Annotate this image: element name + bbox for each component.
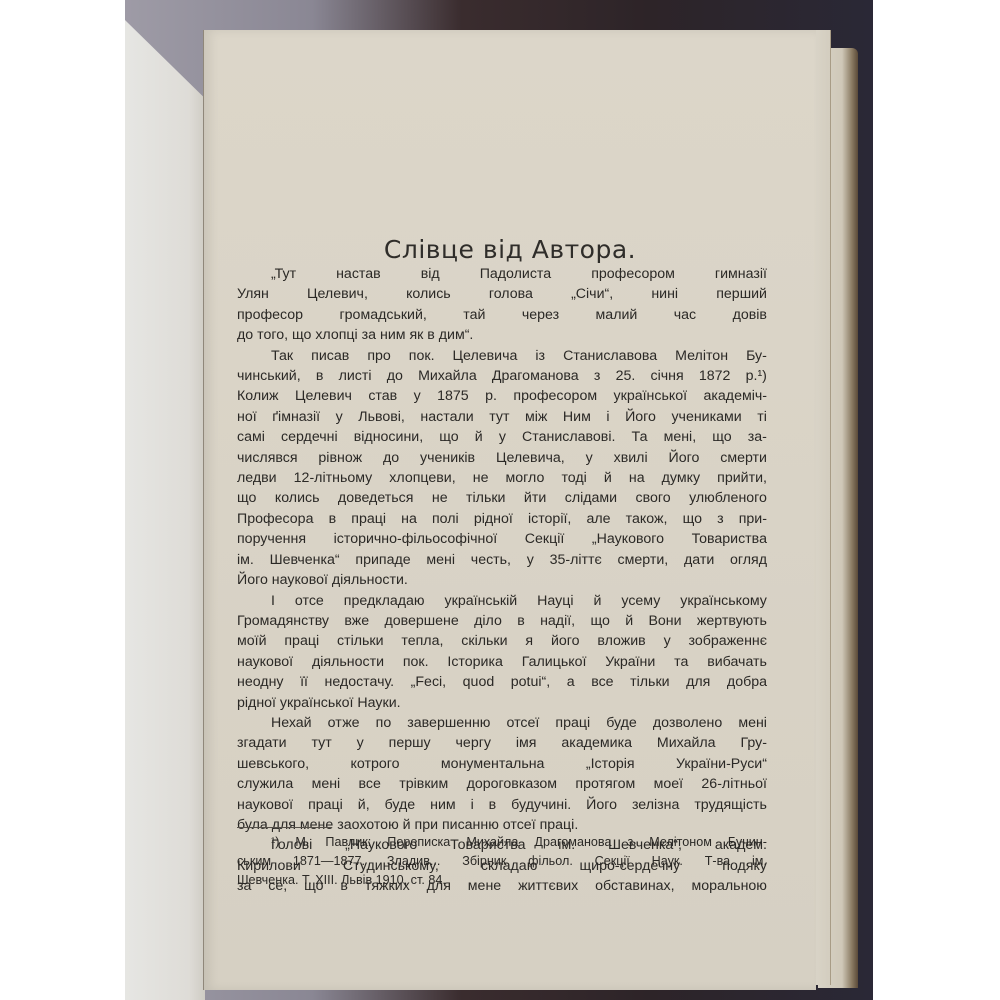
text-line: науковоїпрацій,буденимівбудучині.Йогозел…: [237, 795, 767, 815]
text-line: щоколисьдоведетьсянетількийтислідамисвог…: [237, 488, 767, 508]
book-page: Слівце від Автора. „ТутнаставвідПадолист…: [203, 30, 816, 990]
text-line: неоднуїїнедостачу.„Feci,quodpotui“,авсет…: [237, 672, 767, 692]
page-title: Слівце від Автора.: [204, 235, 816, 264]
footnote-line: Шевченка. Т. XIII. Львів 1910, ст. 84.: [237, 871, 767, 890]
text-line: самісердечнівідносини,щойуСтаниславові.Т…: [237, 427, 767, 447]
photo-scene: Слівце від Автора. „ТутнаставвідПадолист…: [0, 0, 1000, 1000]
text-line: науковоїдіяльностипок.ІсторикаГалицькоїУ…: [237, 652, 767, 672]
footnote-divider: [237, 827, 332, 828]
text-line: „ТутнаставвідПадолистапрофесоромгимназії: [237, 264, 767, 284]
text-line: професоргромадський,тайчерезмалийчасдові…: [237, 305, 767, 325]
text-line: Його наукової діяльности.: [237, 570, 767, 590]
text-line: ледви12-літньомухлопцеви,немоглотодійнад…: [237, 468, 767, 488]
body-text: „ТутнаставвідПадолистапрофесоромгимназії…: [237, 264, 767, 897]
footnote: ¹)М.Павлик:ПерепискаМихайлаДрагомановазМ…: [237, 833, 767, 890]
text-line: чинський,влистідоМихайлаДрагомановаз25.с…: [237, 366, 767, 386]
footnote-line: ¹)М.Павлик:ПерепискаМихайлаДрагомановазМ…: [237, 833, 767, 852]
text-line: Такписавпропок.ЦелевичаізСтаниславоваМел…: [237, 346, 767, 366]
text-line: шевського,котрогомонументальна„ІсторіяУк…: [237, 754, 767, 774]
text-line: Громадянствувжедовершенеділовнадії,щойВо…: [237, 611, 767, 631]
text-line: згадатитутупершучергуімяакадемикаМихайла…: [237, 733, 767, 753]
text-line: ноїґімназіїуЛьвові,насталитутміжНиміЙого…: [237, 407, 767, 427]
text-line: ІотсепредкладаюукраїнськійНауційусемуукр…: [237, 591, 767, 611]
text-line: Професоравпрацінаполірідноїісторії,алета…: [237, 509, 767, 529]
text-line: порученняісторично-фільософічноїСекції„Н…: [237, 529, 767, 549]
text-line: до того, що хлопці за ним як в дим“.: [237, 325, 767, 345]
footnote-line: ським1871—1877.Зладив...Збірникфільол.Се…: [237, 852, 767, 871]
text-line: рідної української Науки.: [237, 693, 767, 713]
text-line: числявсярівнождоучениківЦелевича,ухвиліЙ…: [237, 448, 767, 468]
text-line: УлянЦелевич,колисьголова„Січи“,ниніперши…: [237, 284, 767, 304]
text-line: служиламенівсетрівкимдороговказомпротяго…: [237, 774, 767, 794]
text-line: ім.Шевченка“припадеменічесть,у35-літтєсм…: [237, 550, 767, 570]
text-line: моїйпрацістількитепла,скількияйоговложив…: [237, 631, 767, 651]
text-line: КолижЦелевичставу1875р.професоромукраїнс…: [237, 386, 767, 406]
left-facing-page: [125, 20, 205, 1000]
text-line: Нехайотжепозавершеннюотсеїпрацібудедозво…: [237, 713, 767, 733]
